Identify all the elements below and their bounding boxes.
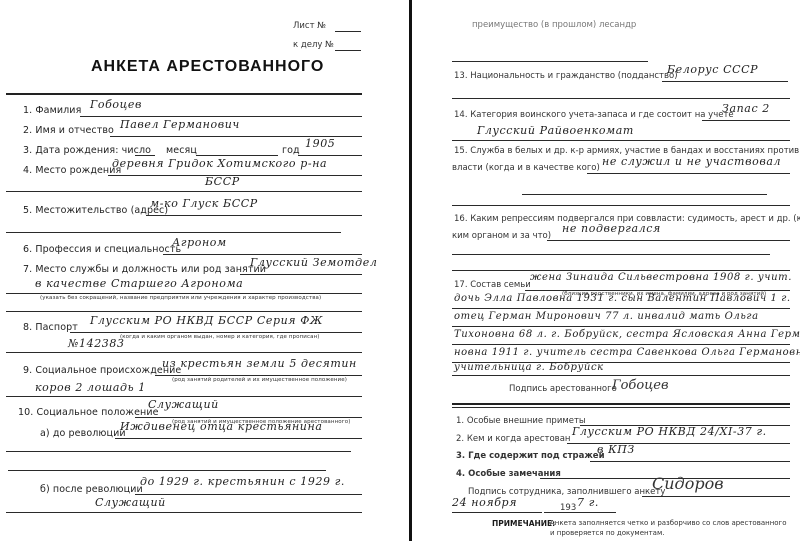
family-value-line-2: дочь Элла Павловна 1931 г. сын Валентин …: [454, 293, 791, 304]
field-label-after-revolution: б) после революции: [40, 484, 143, 495]
birthplace-value: деревня Гридок Хотимского р-на: [112, 157, 327, 170]
passport-value-cont: №142383: [68, 337, 125, 350]
field-label-repressions-cont: ким органом и за что): [452, 231, 551, 241]
workplace-value-cont: в качестве Старшего Агронома: [35, 277, 243, 290]
family-value-line-5: новна 1911 г. учитель сестра Савенкова О…: [454, 347, 800, 358]
field-label-before-revolution: а) до революции: [40, 428, 126, 439]
name-value: Павел Германович: [120, 118, 240, 131]
before-revolution-value: Иждивенец отца крестьянина: [120, 420, 323, 433]
field-label-name: 2. Имя и отчество: [23, 125, 114, 136]
month-label: месяц: [166, 145, 197, 156]
military-value: Запас 2: [722, 102, 770, 115]
field-label-surname: 1. Фамилия: [23, 105, 81, 116]
social-origin-hint: (род занятий родителей и их имущественно…: [172, 377, 347, 383]
passport-hint: (когда и каким органом выдан, номер и ка…: [120, 334, 320, 340]
custody-value: в КПЗ: [597, 443, 635, 456]
social-status-value: Служащий: [148, 398, 219, 411]
note-text-line-2: и проверяется по документам.: [550, 529, 664, 537]
family-value-line-4: Тихоновна 68 л. г. Бобруйск, сестра Ясло…: [454, 329, 800, 340]
birth-year-value: 1905: [305, 137, 335, 150]
field-label-family: 17. Состав семьи: [454, 280, 531, 290]
social-origin-value: из крестьян земли 5 десятин: [162, 357, 357, 370]
year-suffix: 7 г.: [577, 496, 599, 509]
right-page: преимущество (в прошлом) лесандр 13. Нац…: [412, 0, 800, 541]
white-army-value: не служил и не участвовал: [602, 155, 781, 168]
military-value-cont: Глусский Райвоенкомат: [477, 124, 634, 137]
field-label-profession: 6. Профессия и специальность: [23, 244, 181, 255]
family-value-line-3: отец Герман Миронович 77 л. инвалид мать…: [454, 311, 759, 322]
prisoner-signature: Гобоцев: [612, 378, 669, 393]
officer-signature: Сидоров: [652, 474, 724, 493]
field-label-special-marks: 1. Особые внешние приметы: [456, 416, 586, 426]
after-revolution-value-cont: Служащий: [95, 496, 166, 509]
faded-top-line: преимущество (в прошлом) лесандр: [472, 20, 636, 30]
birthplace-value-cont: БССР: [205, 175, 240, 188]
note-label: ПРИМЕЧАНИЕ:: [492, 519, 555, 528]
left-page: Лист № к делу № АНКЕТА АРЕСТОВАННОГО 1. …: [0, 0, 410, 541]
field-label-workplace: 7. Место службы и должность или род заня…: [23, 264, 266, 275]
arrested-by-value: Глусским РО НКВД 24/XI-37 г.: [572, 425, 767, 438]
workplace-hint: (указать без сокращений, название предпр…: [40, 295, 321, 301]
field-label-nationality: 13. Национальность и гражданство (поддан…: [454, 71, 678, 81]
nationality-value: Белорус СССР: [667, 63, 758, 76]
page-title: АНКЕТА АРЕСТОВАННОГО: [91, 58, 324, 76]
after-revolution-value: до 1929 г. крестьянин с 1929 г.: [140, 475, 345, 488]
sheet-number-label: Лист №: [293, 21, 326, 31]
field-label-military: 14. Категория воинского учета-запаса и г…: [454, 110, 734, 120]
profession-value: Агроном: [172, 236, 227, 249]
surname-value: Гобоцев: [90, 98, 142, 111]
field-label-birthplace: 4. Место рождения: [23, 165, 121, 176]
prisoner-signature-label: Подпись арестованного: [509, 384, 617, 394]
repressions-value: не подвергался: [562, 222, 661, 235]
family-value-line-6: учительница г. Бобруйск: [454, 362, 604, 373]
social-origin-value-cont: коров 2 лошадь 1: [35, 381, 146, 394]
field-label-white-army-cont: власти (когда и в качестве кого): [452, 163, 600, 173]
passport-value: Глусским РО НКВД БССР Серия ФЖ: [90, 314, 323, 327]
note-text-line-1: Анкета заполняется четко и разборчиво со…: [550, 519, 787, 527]
family-value-line-1: жена Зинаида Сильвестровна 1908 г. учит.: [530, 272, 792, 283]
date-value: 24 ноября: [452, 496, 517, 509]
workplace-value: Глусский Земотдел: [250, 256, 377, 269]
field-label-birthdate: 3. Дата рождения: число: [23, 145, 151, 156]
case-number-label: к делу №: [293, 40, 334, 50]
field-label-custody: 3. Где содержит под стражей: [456, 451, 605, 461]
field-label-arrested-by: 2. Кем и когда арестован: [456, 434, 570, 444]
residence-value: м-ко Глуск БССР: [150, 197, 258, 210]
